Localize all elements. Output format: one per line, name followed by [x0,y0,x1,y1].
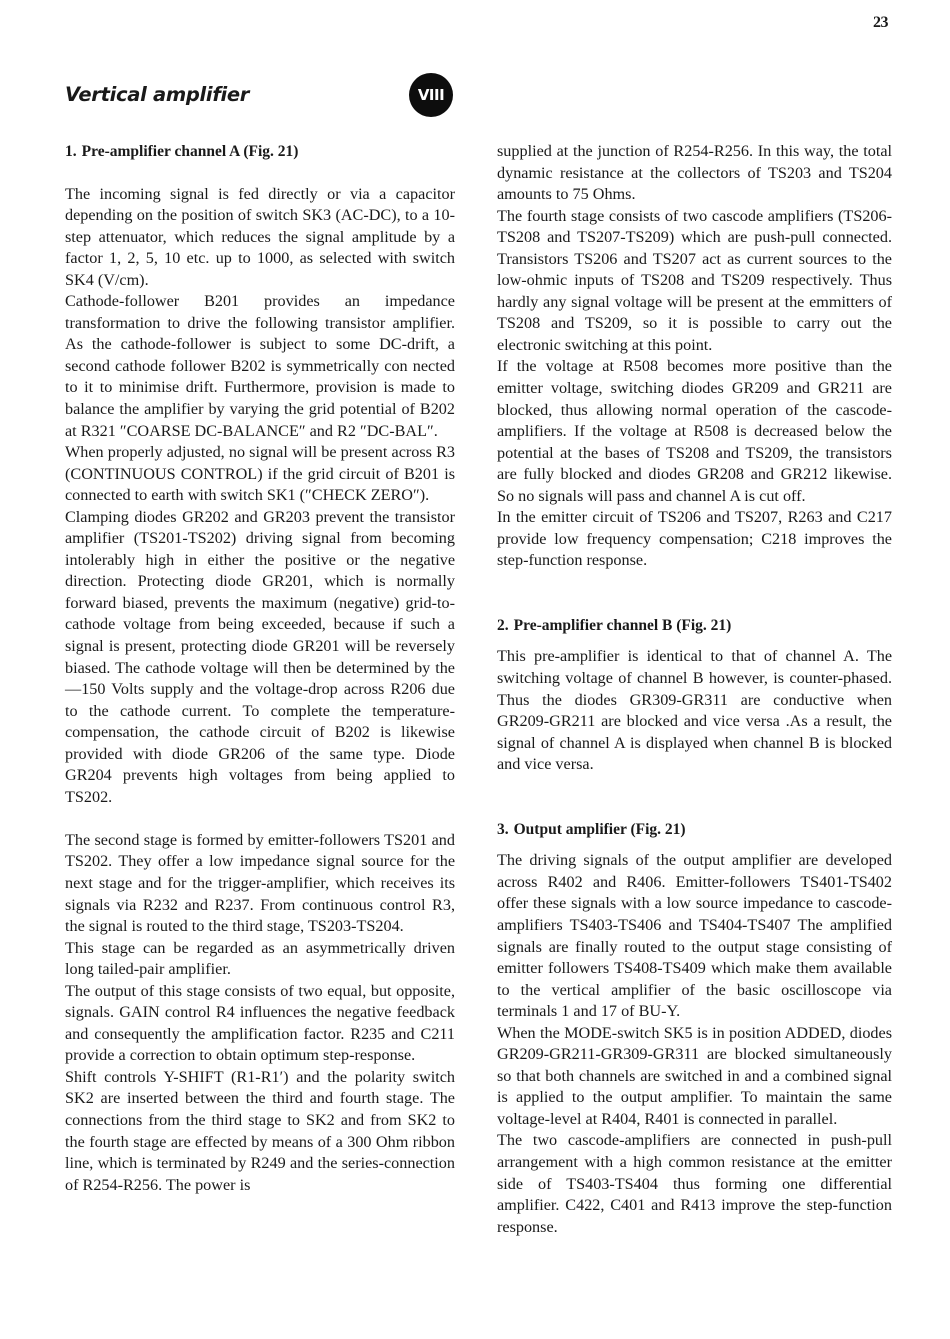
paragraph: The output of this stage consists of two… [65,981,455,1067]
page-number: 23 [873,14,888,32]
section-number: 1. [65,143,77,160]
right-column: supplied at the junction of R254-R256. I… [497,141,892,1238]
paragraph: The fourth stage consists of two cascode… [497,206,892,357]
section-heading-3: 3.Output amplifier (Fig. 21) [497,819,892,841]
section-heading-2: 2.Pre-amplifier channel B (Fig. 21) [497,615,892,637]
paragraph: The second stage is formed by emitter-fo… [65,830,455,938]
left-column: 1.Pre-amplifier channel A (Fig. 21) The … [65,141,455,1196]
section-number: 2. [497,617,509,634]
section-heading-1: 1.Pre-amplifier channel A (Fig. 21) [65,141,455,163]
paragraph: When properly adjusted, no signal will b… [65,442,455,507]
chapter-badge-label: VIII [418,86,444,104]
paragraph: The driving signals of the output amplif… [497,850,892,1022]
section-title: Pre-amplifier channel A (Fig. 21) [82,143,299,160]
section-number: 3. [497,821,509,838]
paragraph: The incoming signal is fed directly or v… [65,184,455,292]
chapter-badge: VIII [409,73,453,117]
paragraph: This stage can be regarded as an asymmet… [65,938,455,981]
section-title: Output amplifier (Fig. 21) [514,821,686,838]
paragraph: When the MODE-switch SK5 is in position … [497,1023,892,1131]
section-title: Pre-amplifier channel B (Fig. 21) [514,617,732,634]
paragraph: Cathode-follower B201 provides an impeda… [65,291,455,442]
paragraph: If the voltage at R508 becomes more posi… [497,356,892,507]
paragraph: The two cascode-amplifiers are connected… [497,1130,892,1238]
paragraph: Clamping diodes GR202 and GR203 prevent … [65,507,455,809]
paragraph: In the emitter circuit of TS206 and TS20… [497,507,892,572]
paragraph: This pre-amplifier is identical to that … [497,646,892,775]
paragraph: Shift controls Y-SHIFT (R1-R1′) and the … [65,1067,455,1196]
paragraph: supplied at the junction of R254-R256. I… [497,141,892,206]
page-title: Vertical amplifier [65,83,249,106]
